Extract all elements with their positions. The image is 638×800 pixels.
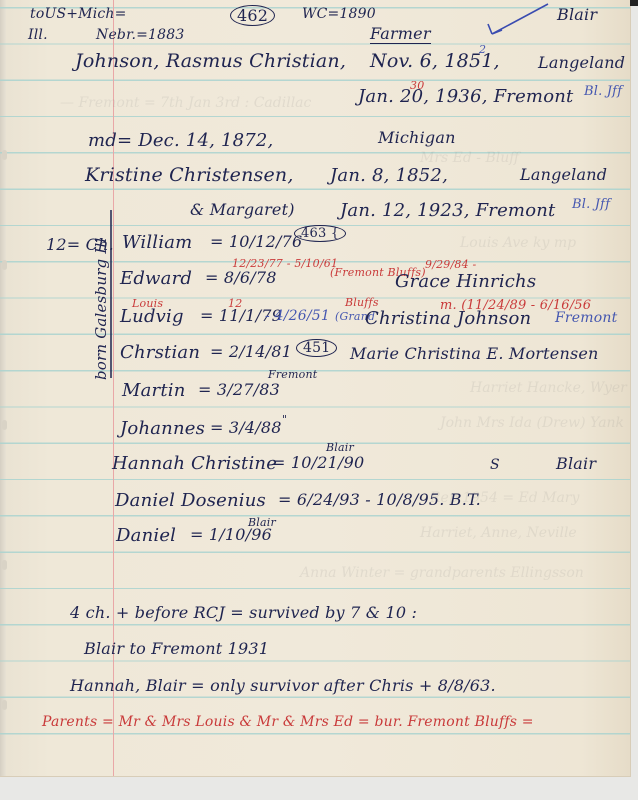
occupation: Farmer [370, 24, 431, 44]
spouse-burial: Bl. Jff [572, 197, 610, 212]
child-name: Hannah Christine [112, 453, 277, 474]
child-place: Blair [326, 441, 354, 454]
subject-name: Johnson, Rasmus Christian, [75, 50, 346, 72]
binder-hole [2, 260, 7, 270]
bleed-through-text: — Fremont = 7th Jan 3rd : Cadillac [60, 95, 311, 111]
spouse-aka: & Margaret) [190, 200, 295, 219]
child-dates: = 2/14/81 [210, 342, 292, 361]
bleed-through-text: Anna Winter = grandparents Ellingsson [300, 565, 584, 581]
marriage-date: md= Dec. 14, 1872, [88, 130, 273, 151]
child-name: Daniel [116, 525, 176, 546]
note-line: Blair to Fremont 1931 [84, 639, 269, 658]
child-spouse: Marie Christina E. Mortensen [350, 344, 599, 363]
bleed-through-text: Harriet, Anne, Neville [420, 525, 577, 541]
child-name: Daniel Dosenius [115, 490, 266, 511]
subject-death: Jan. 20, 1936, Fremont [358, 86, 573, 107]
note-line: 4 ch. + before RCJ = survived by 7 & 10 … [70, 603, 417, 622]
child-dates: = 8/6/78 [205, 268, 277, 287]
binder-hole [2, 150, 7, 160]
child-note: 463 { [294, 226, 346, 241]
spouse-red-dates: 9/29/84 - [425, 258, 476, 271]
census-year: WC=1890 [302, 6, 376, 22]
child-blue-dates: - 4/26/51 [265, 308, 330, 324]
child-residence: Blair [556, 454, 596, 473]
child-ditto: " [282, 413, 287, 426]
child-spouse: Grace Hinrichs [395, 271, 536, 292]
child-name: Martin [122, 380, 186, 401]
child-correction: 12 [228, 297, 242, 310]
binder-hole [2, 560, 7, 570]
spouse-death: Jan. 12, 1923, Fremont [340, 200, 555, 221]
bracket-line [108, 210, 114, 380]
child-dates: = 10/21/90 [272, 453, 364, 472]
burial-note: Bl. Jff [584, 84, 622, 99]
child-place: Fremont [268, 368, 317, 381]
child-red-dates: 12/23/77 - 5/10/61 [232, 257, 338, 270]
bleed-through-text: John Mrs Ida (Drew) Yank [440, 415, 624, 431]
child-name: Ludvig [120, 306, 184, 327]
binder-hole [2, 700, 7, 710]
marriage-place: Michigan [378, 128, 456, 147]
child-dates: = 10/12/76 [210, 232, 302, 251]
child-dates: = 3/4/88 [210, 418, 282, 437]
spouse-name: Kristine Christensen, [85, 164, 294, 186]
birth-correction: 2 [479, 43, 486, 56]
bleed-through-text: Mrs Ed - Bluff [420, 150, 519, 166]
child-record: 451 [296, 340, 337, 356]
spouse-place: Fremont [555, 310, 617, 326]
record-number: 462 [230, 6, 275, 25]
red-footer-note: Parents = Mr & Mrs Louis & Mr & Mrs Ed =… [42, 714, 534, 730]
nebraska-arrival: Nebr.=1883 [96, 27, 184, 43]
child-status: S [490, 457, 500, 473]
origin-note-line2: Ill. [28, 27, 48, 43]
child-dates: = 3/27/83 [198, 380, 280, 399]
birth-place: Langeland [538, 53, 625, 72]
child-name: Chrstian [120, 342, 200, 363]
scan-edge [630, 0, 638, 6]
child-name: Johannes [120, 418, 205, 439]
margin-line [113, 0, 114, 776]
location-blair: Blair [557, 5, 597, 24]
origin-note-line1: toUS+Mich= [30, 6, 127, 22]
child-name: William [122, 232, 192, 253]
spouse-birth-place: Langeland [520, 165, 607, 184]
child-dates: = 6/24/93 - 10/8/95. B.T. [278, 490, 481, 509]
bleed-through-text: Harriet Hancke, Wyer [470, 380, 627, 396]
checkmark-icon [478, 2, 558, 42]
binder-hole [2, 420, 7, 430]
child-name: Edward [120, 268, 192, 289]
spouse-birth: Jan. 8, 1852, [330, 165, 448, 186]
note-line: Hannah, Blair = only survivor after Chri… [70, 676, 496, 695]
child-place: Blair [248, 516, 276, 529]
death-correction: 30 [410, 79, 424, 92]
notebook-page: — Fremont = 7th Jan 3rd : Cadillac Mrs E… [0, 0, 631, 777]
bleed-through-text: Louis Ave ky mp [460, 235, 576, 251]
